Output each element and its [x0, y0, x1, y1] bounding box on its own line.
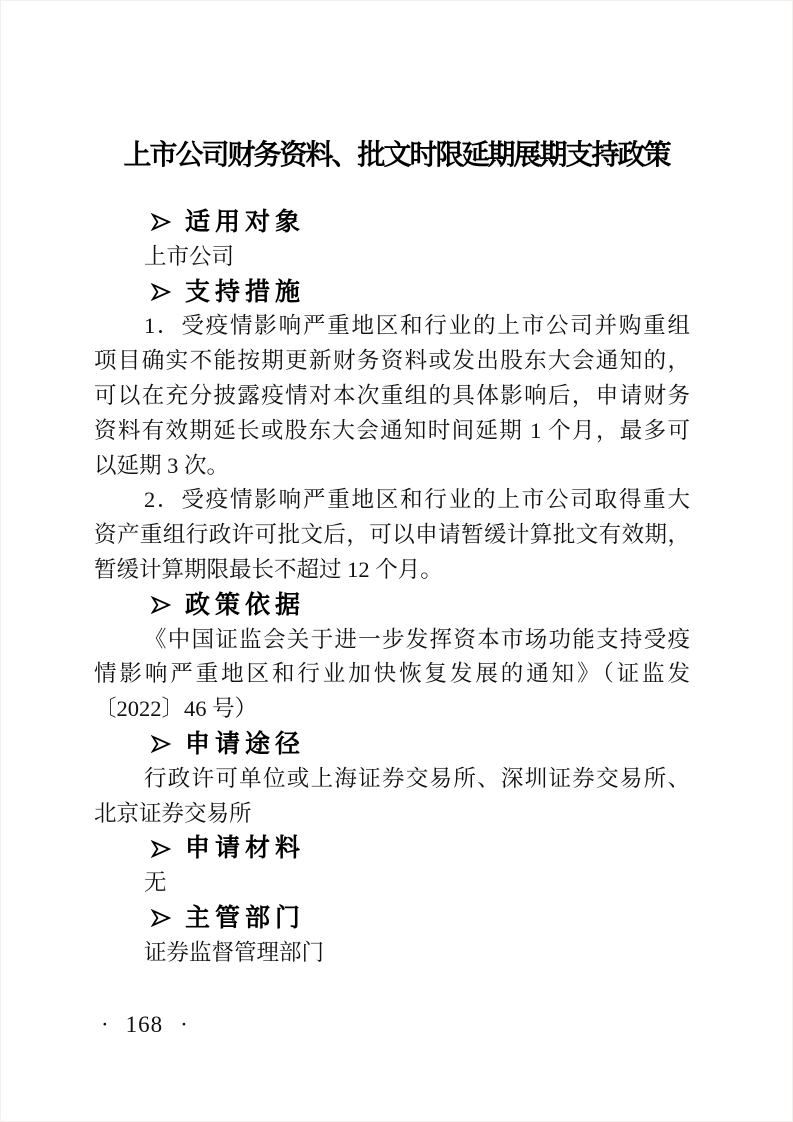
- paragraph-line: 〔2022〕46 号）: [94, 692, 690, 727]
- document-body: 适用对象 上市公司 支持措施 1．受疫情影响严重地区和行业的上市公司并购重组项目…: [94, 205, 690, 971]
- paragraph-line: 北京证券交易所: [94, 797, 690, 832]
- section-heading-label: 政策依据: [185, 588, 305, 623]
- paragraph-line: 情影响严重地区和行业加快恢复发展的通知》（证监发: [94, 657, 690, 692]
- document-page: 上市公司财务资料、批文时限延期展期支持政策 适用对象 上市公司 支持措施 1．受…: [0, 0, 793, 1122]
- section-heading-label: 申请途径: [185, 727, 305, 762]
- paragraph-line: 《中国证监会关于进一步发挥资本市场功能支持受疫: [94, 623, 690, 658]
- paragraph-line: 资产重组行政许可批文后，可以申请暂缓计算批文有效期，: [94, 518, 690, 553]
- section-heading: 适用对象: [94, 205, 690, 240]
- paragraph-line: 无: [94, 866, 690, 901]
- arrowhead-bullet-icon: [151, 840, 171, 858]
- paragraph-line: 1．受疫情影响严重地区和行业的上市公司并购重组: [94, 309, 690, 344]
- paragraph-line: 行政许可单位或上海证券交易所、深圳证券交易所、: [94, 762, 690, 797]
- paragraph-line: 可以在充分披露疫情对本次重组的具体影响后，申请财务: [94, 379, 690, 414]
- arrowhead-bullet-icon: [151, 596, 171, 614]
- section-heading: 支持措施: [94, 275, 690, 310]
- paragraph-line: 项目确实不能按期更新财务资料或发出股东大会通知的，: [94, 344, 690, 379]
- arrowhead-bullet-icon: [151, 283, 171, 301]
- paragraph: 行政许可单位或上海证券交易所、深圳证券交易所、北京证券交易所: [94, 762, 690, 832]
- paragraph-line: 证券监督管理部门: [94, 936, 690, 971]
- paragraph: 证券监督管理部门: [94, 936, 690, 971]
- paragraph-line: 暂缓计算期限最长不超过 12 个月。: [94, 553, 690, 588]
- paragraph-line: 上市公司: [94, 240, 690, 275]
- section-heading: 政策依据: [94, 588, 690, 623]
- folio-page-number: 168: [126, 1012, 164, 1038]
- paragraph: 无: [94, 866, 690, 901]
- paragraph: 2．受疫情影响严重地区和行业的上市公司取得重大资产重组行政许可批文后，可以申请暂…: [94, 483, 690, 587]
- section-heading: 申请途径: [94, 727, 690, 762]
- section-heading-label: 主管部门: [185, 901, 305, 936]
- paragraph: 上市公司: [94, 240, 690, 275]
- paragraph-line: 资料有效期延长或股东大会通知时间延期 1 个月，最多可: [94, 414, 690, 449]
- folio-left-dot: ·: [101, 1012, 109, 1038]
- page-footer: · 168 ·: [101, 1012, 188, 1038]
- section-heading-label: 支持措施: [185, 275, 305, 310]
- section-heading: 申请材料: [94, 831, 690, 866]
- document-title: 上市公司财务资料、批文时限延期展期支持政策: [1, 133, 792, 173]
- paragraph-line: 2．受疫情影响严重地区和行业的上市公司取得重大: [94, 483, 690, 518]
- arrowhead-bullet-icon: [151, 213, 171, 231]
- arrowhead-bullet-icon: [151, 909, 171, 927]
- paragraph: 《中国证监会关于进一步发挥资本市场功能支持受疫情影响严重地区和行业加快恢复发展的…: [94, 623, 690, 727]
- arrowhead-bullet-icon: [151, 735, 171, 753]
- paragraph: 1．受疫情影响严重地区和行业的上市公司并购重组项目确实不能按期更新财务资料或发出…: [94, 309, 690, 483]
- section-heading-label: 申请材料: [185, 831, 305, 866]
- folio-right-dot: ·: [180, 1012, 188, 1038]
- section-heading: 主管部门: [94, 901, 690, 936]
- paragraph-line: 以延期 3 次。: [94, 449, 690, 484]
- section-heading-label: 适用对象: [185, 205, 305, 240]
